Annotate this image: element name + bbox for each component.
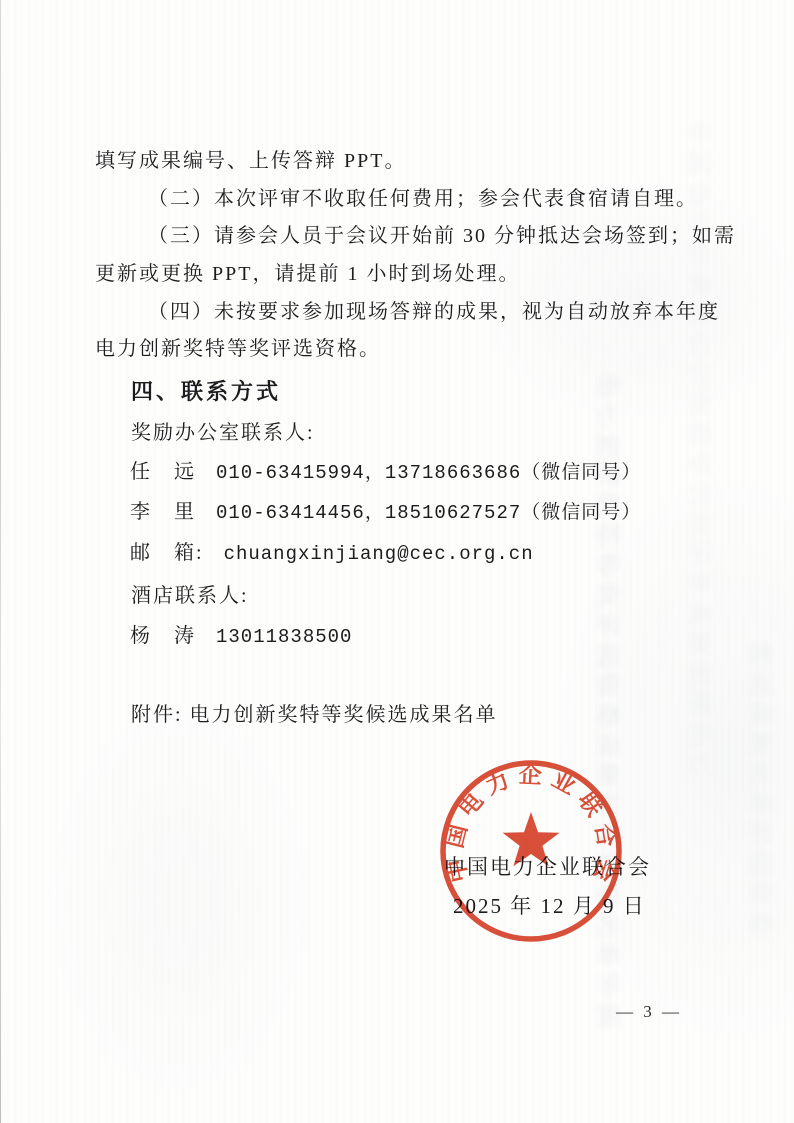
- bleed-through-artifact: 中国电力企业联合会奖励办公室评审成果创新电力: [688, 120, 738, 1020]
- body-line: （二）本次评审不收取任何费用；参会代表食宿请自理。: [148, 182, 698, 211]
- attachment-line: 附件: 电力创新奖特等奖候选成果名单: [131, 698, 498, 727]
- body-line: 填写成果编号、上传答辩 PPT。: [95, 144, 406, 173]
- body-line: 电力创新奖特等奖评选资格。: [95, 332, 381, 361]
- contact-phones: 010-63415994，13718663686（微信同号）: [216, 462, 641, 484]
- body-line: （四）未按要求参加现场答辩的成果，视为自动放弃本年度: [148, 295, 720, 324]
- hotel-contacts-label: 酒店联系人:: [131, 579, 249, 608]
- contact-phones: 13011838500: [216, 626, 352, 648]
- page-number: — 3 —: [616, 1002, 682, 1022]
- section-heading: 四、联系方式: [131, 375, 281, 406]
- contact-name: 杨 涛: [130, 625, 196, 647]
- office-contacts-label: 奖励办公室联系人:: [131, 416, 315, 445]
- contact-name: 李 里: [130, 501, 196, 523]
- email-address: chuangxinjiang@cec.org.cn: [224, 543, 534, 565]
- scan-edge-artifact: [0, 0, 1, 1123]
- seal-star-icon: [503, 812, 560, 866]
- bleed-through-artifact: 候选成果名单评选资格: [748, 640, 790, 1060]
- contact-row: 李 里010-63414456，18510627527（微信同号）: [130, 495, 641, 524]
- official-seal: 中国电力企业联合会: [424, 752, 638, 956]
- email-row: 邮 箱:chuangxinjiang@cec.org.cn: [130, 536, 534, 565]
- contact-row: 任 远010-63415994，13718663686（微信同号）: [130, 455, 641, 484]
- contact-name: 任 远: [130, 461, 196, 483]
- contact-row: 杨 涛13011838500: [130, 619, 352, 648]
- body-line: （三）请参会人员于会议开始前 30 分钟抵达会场签到；如需: [148, 219, 736, 248]
- contact-phones: 010-63414456，18510627527（微信同号）: [216, 502, 641, 524]
- body-line: 更新或更换 PPT，请提前 1 小时到场处理。: [95, 257, 520, 286]
- scanned-document-page: 电力创新奖特等奖评选资格成果答辩现场名单年度 中国电力企业联合会奖励办公室评审成…: [0, 0, 794, 1123]
- email-label: 邮 箱:: [130, 542, 204, 564]
